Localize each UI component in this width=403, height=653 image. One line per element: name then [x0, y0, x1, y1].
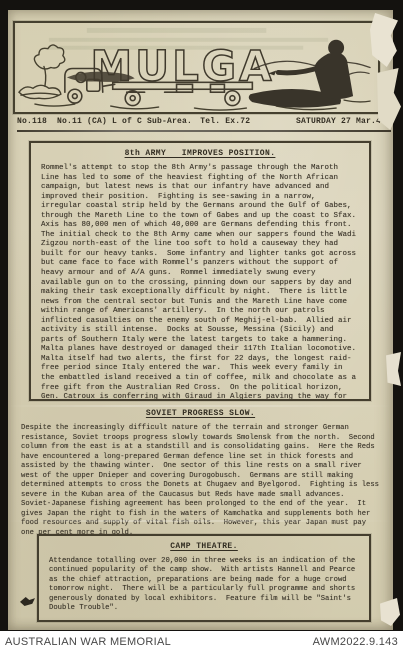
archive-name: AUSTRALIAN WAR MEMORIAL [5, 636, 171, 648]
scanned-newsletter: MULGA No.118 No.11 (CA) L of C Sub-Area.… [0, 0, 403, 653]
torn-edge [377, 68, 401, 130]
article-title-camp: CAMP THEATRE. [49, 542, 359, 551]
ink-smudge [20, 595, 35, 606]
article-title-soviet: SOVIET PROGRESS SLOW. [8, 409, 393, 418]
article-8th-army: 8th ARMY IMPROVES POSITION. Rommel's att… [29, 141, 371, 401]
newsletter-page: MULGA No.118 No.11 (CA) L of C Sub-Area.… [8, 10, 393, 630]
fold-crease [8, 520, 393, 522]
telephone: Tel. Ex.72 [200, 117, 296, 126]
masthead: MULGA [13, 21, 380, 114]
archive-caption-bar: AUSTRALIAN WAR MEMORIAL AWM2022.9.143 [0, 631, 403, 653]
article-camp-theatre: CAMP THEATRE. Attendance totalling over … [37, 534, 371, 622]
issue-and-unit: No.118 No.11 (CA) L of C Sub-Area. [17, 117, 200, 126]
article-body: Rommel's attempt to stop the 8th Army's … [41, 164, 359, 401]
masthead-drawing: MULGA [15, 23, 378, 112]
accession-number: AWM2022.9.143 [313, 636, 398, 648]
fold-crease [8, 405, 393, 407]
unit-name: No.11 (CA) L of C Sub-Area. [57, 117, 192, 126]
article-title: 8th ARMY IMPROVES POSITION. [41, 149, 359, 158]
tree-drawing [19, 45, 65, 99]
torn-edge [386, 352, 401, 386]
article-body-camp: Attendance totalling over 20,000 in thre… [49, 557, 359, 613]
issue-number: No.118 [17, 117, 47, 126]
masthead-title: MULGA [91, 42, 275, 91]
fold-crease [8, 130, 393, 132]
issue-date: SATURDAY 27 Mar.43. [296, 117, 391, 126]
